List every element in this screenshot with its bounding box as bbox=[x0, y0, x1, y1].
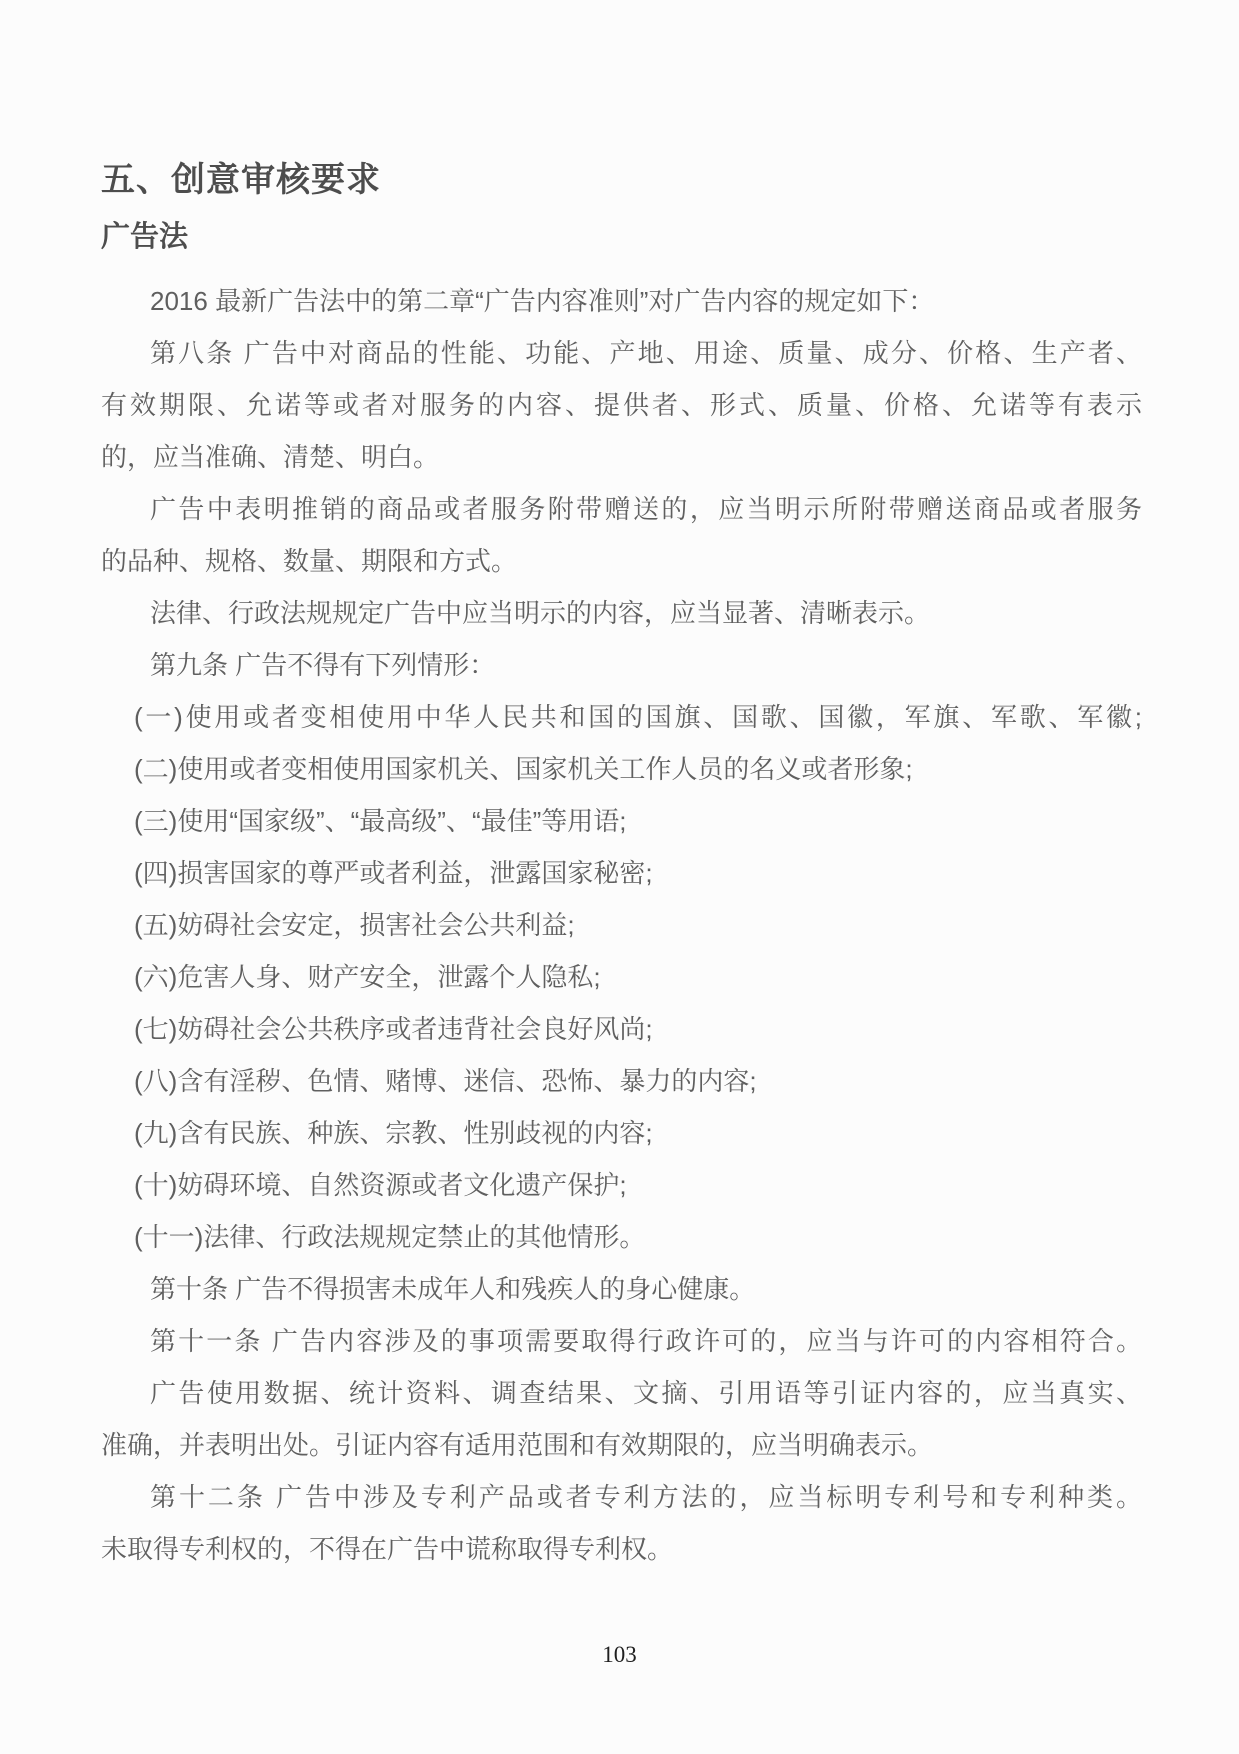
text-line: (九)含有民族、种族、宗教、性别歧视的内容; bbox=[101, 1107, 1142, 1159]
text-line: (三)使用“国家级”、“最高级”、“最佳”等用语; bbox=[101, 795, 1142, 847]
page-number: 103 bbox=[0, 1642, 1239, 1668]
text-line: (八)含有淫秽、色情、赌博、迷信、恐怖、暴力的内容; bbox=[101, 1055, 1142, 1107]
text-line: 第十二条 广告中涉及专利产品或者专利方法的，应当标明专利号和专利种类。 bbox=[101, 1471, 1142, 1523]
text-line: 2016 最新广告法中的第二章“广告内容准则”对广告内容的规定如下： bbox=[101, 275, 1142, 327]
text-line: 准确，并表明出处。引证内容有适用范围和有效期限的，应当明确表示。 bbox=[101, 1419, 1142, 1471]
body-text: 2016 最新广告法中的第二章“广告内容准则”对广告内容的规定如下：第八条 广告… bbox=[101, 275, 1142, 1575]
subsection-heading: 广告法 bbox=[101, 214, 188, 255]
text-line: 法律、行政法规规定广告中应当明示的内容，应当显著、清晰表示。 bbox=[101, 587, 1142, 639]
section-heading: 五、创意审核要求 bbox=[101, 152, 381, 201]
text-line: (七)妨碍社会公共秩序或者违背社会良好风尚; bbox=[101, 1003, 1142, 1055]
text-line: (一)使用或者变相使用中华人民共和国的国旗、国歌、国徽，军旗、军歌、军徽; bbox=[101, 691, 1142, 743]
text-line: 第十条 广告不得损害未成年人和残疾人的身心健康。 bbox=[101, 1263, 1142, 1315]
text-line: (五)妨碍社会安定，损害社会公共利益; bbox=[101, 899, 1142, 951]
text-line: (六)危害人身、财产安全，泄露个人隐私; bbox=[101, 951, 1142, 1003]
text-line: (二)使用或者变相使用国家机关、国家机关工作人员的名义或者形象; bbox=[101, 743, 1142, 795]
text-line: 有效期限、允诺等或者对服务的内容、提供者、形式、质量、价格、允诺等有表示 bbox=[101, 379, 1142, 431]
text-line: 的，应当准确、清楚、明白。 bbox=[101, 431, 1142, 483]
text-line: 广告使用数据、统计资料、调查结果、文摘、引用语等引证内容的，应当真实、 bbox=[101, 1367, 1142, 1419]
text-line: 第九条 广告不得有下列情形： bbox=[101, 639, 1142, 691]
text-line: 第十一条 广告内容涉及的事项需要取得行政许可的，应当与许可的内容相符合。 bbox=[101, 1315, 1142, 1367]
text-line: 广告中表明推销的商品或者服务附带赠送的，应当明示所附带赠送商品或者服务 bbox=[101, 483, 1142, 535]
document-page: 五、创意审核要求 广告法 2016 最新广告法中的第二章“广告内容准则”对广告内… bbox=[0, 0, 1239, 1754]
text-line: (四)损害国家的尊严或者利益，泄露国家秘密; bbox=[101, 847, 1142, 899]
text-line: 未取得专利权的，不得在广告中谎称取得专利权。 bbox=[101, 1523, 1142, 1575]
text-line: 第八条 广告中对商品的性能、功能、产地、用途、质量、成分、价格、生产者、 bbox=[101, 327, 1142, 379]
text-line: 的品种、规格、数量、期限和方式。 bbox=[101, 535, 1142, 587]
text-line: (十)妨碍环境、自然资源或者文化遗产保护; bbox=[101, 1159, 1142, 1211]
text-line: (十一)法律、行政法规规定禁止的其他情形。 bbox=[101, 1211, 1142, 1263]
